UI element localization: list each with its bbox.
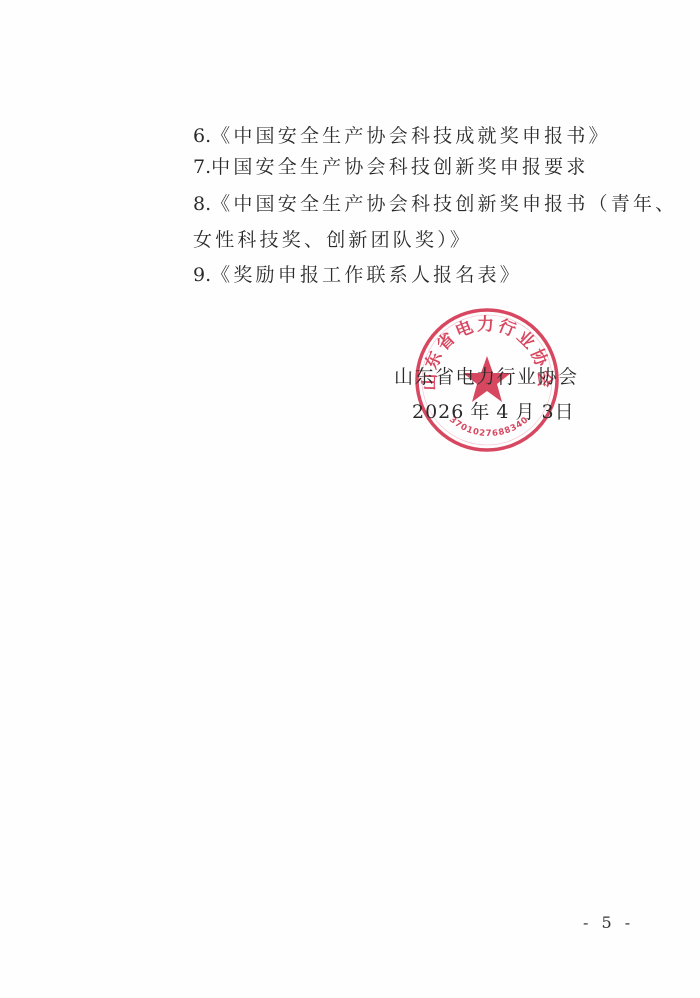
date-month: 4 [496, 401, 509, 423]
date-year: 2026 [412, 401, 464, 423]
attachment-item-6: 6.《中国安全生产协会科技成就奖申报书》 [193, 124, 611, 148]
item-text: 中国安全生产协会科技创新奖申报要求 [211, 156, 588, 178]
date-year-unit: 年 [470, 401, 490, 423]
item-text: 女性科技奖、创新团队奖）》 [193, 229, 472, 251]
attachment-item-9: 9.《奖励申报工作联系人报名表》 [193, 263, 522, 287]
attachment-item-8-continued: 女性科技奖、创新团队奖）》 [193, 228, 472, 252]
attachment-item-7: 7.中国安全生产协会科技创新奖申报要求 [193, 155, 589, 179]
signing-organization: 山东省电力行业协会 [394, 365, 579, 389]
item-number: 9. [193, 264, 211, 286]
page-number: - 5 - [583, 913, 634, 932]
item-number: 6. [193, 125, 211, 147]
item-text: 《奖励申报工作联系人报名表》 [211, 264, 522, 286]
item-text: 《中国安全生产协会科技创新奖申报书（青年、 [211, 193, 677, 215]
date-day: 3 [541, 401, 554, 423]
item-number: 7. [193, 156, 211, 178]
attachment-item-8: 8.《中国安全生产协会科技创新奖申报书（青年、 [193, 192, 677, 216]
item-number: 8. [193, 193, 211, 215]
document-page: 6.《中国安全生产协会科技成就奖申报书》 7.中国安全生产协会科技创新奖申报要求… [0, 0, 700, 998]
date-day-unit: 日 [555, 401, 575, 423]
date-month-unit: 月 [515, 401, 535, 423]
item-text: 《中国安全生产协会科技成就奖申报书》 [211, 125, 611, 147]
signing-date: 2026年4月3日 [412, 400, 575, 424]
